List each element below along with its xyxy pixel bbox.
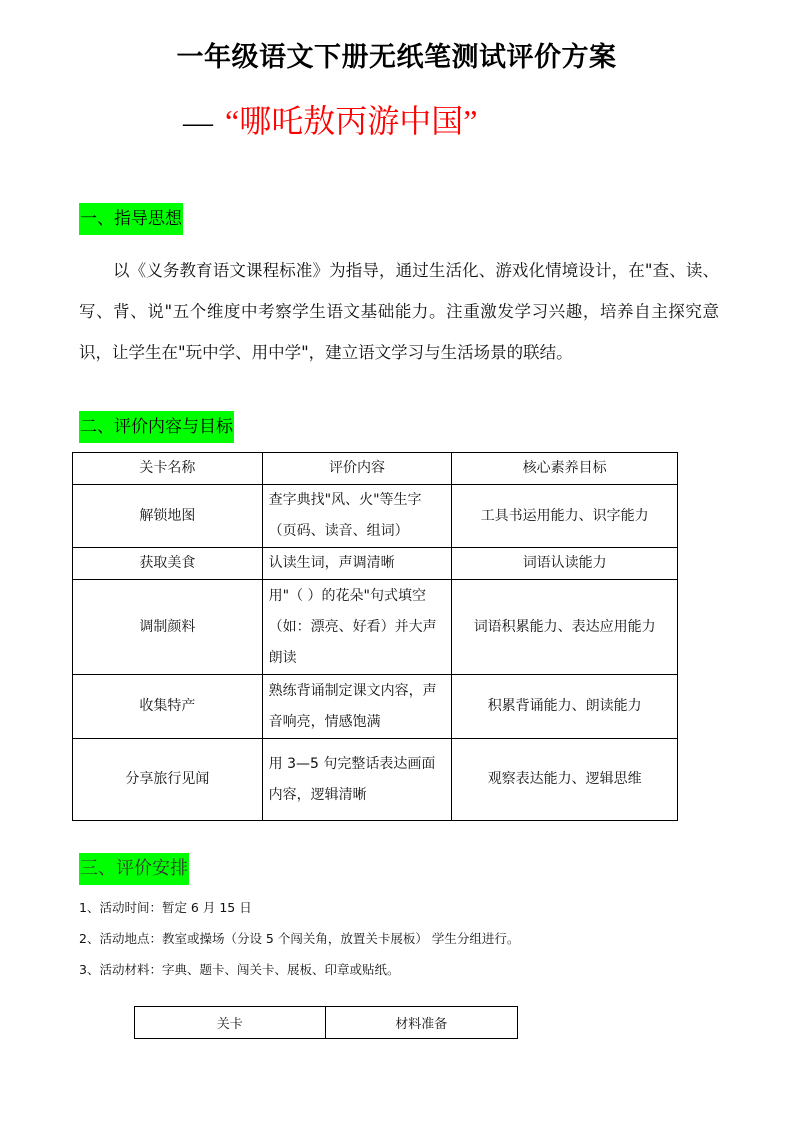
header-materials: 材料准备 — [325, 1007, 518, 1039]
document-title: 一年级语文下册无纸笔测试评价方案 — [0, 38, 793, 78]
cell-level: 收集特产 — [73, 675, 263, 739]
cell-level: 解锁地图 — [73, 485, 263, 548]
cell-level: 分享旅行见闻 — [73, 739, 263, 821]
cell-content: 查字典找"风、火"等生字（页码、读音、组词） — [262, 485, 452, 548]
document-subtitle: —“哪吒敖丙游中国” — [183, 98, 477, 144]
arrangement-item-materials: 3、活动材料：字典、题卡、闯关卡、展板、印章或贴纸。 — [79, 960, 399, 980]
paragraph-text: 以《义务教育语文课程标准》为指导，通过生活化、游戏化情境设计，在"查、读、写、背… — [79, 250, 719, 373]
table-row: 分享旅行见闻 用 3—5 句完整话表达画面内容，逻辑清晰 观察表达能力、逻辑思维 — [73, 739, 678, 821]
cell-level: 调制颜料 — [73, 580, 263, 675]
cell-goal: 工具书运用能力、识字能力 — [452, 485, 678, 548]
header-level: 关卡 — [135, 1007, 326, 1039]
cell-content: 用 3—5 句完整话表达画面内容，逻辑清晰 — [262, 739, 452, 821]
table-row: 收集特产 熟练背诵制定课文内容，声音响亮，情感饱满 积累背诵能力、朗读能力 — [73, 675, 678, 739]
subtitle-theme: “哪吒敖丙游中国” — [225, 103, 477, 139]
section-heading-evaluation-content: 二、评价内容与目标 — [79, 411, 234, 443]
cell-goal: 积累背诵能力、朗读能力 — [452, 675, 678, 739]
evaluation-table: 关卡名称 评价内容 核心素养目标 解锁地图 查字典找"风、火"等生字（页码、读音… — [72, 452, 678, 821]
materials-table: 关卡 材料准备 — [134, 1006, 518, 1039]
subtitle-dash: — — [183, 106, 213, 139]
table-row: 解锁地图 查字典找"风、火"等生字（页码、读音、组词） 工具书运用能力、识字能力 — [73, 485, 678, 548]
cell-content: 用"（ ）的花朵"句式填空（如：漂亮、好看）并大声朗读 — [262, 580, 452, 675]
cell-goal: 词语积累能力、表达应用能力 — [452, 580, 678, 675]
section-heading-arrangement: 三、评价安排 — [79, 853, 189, 885]
table-row: 调制颜料 用"（ ）的花朵"句式填空（如：漂亮、好看）并大声朗读 词语积累能力、… — [73, 580, 678, 675]
cell-content: 认读生词，声调清晰 — [262, 548, 452, 580]
cell-goal: 观察表达能力、逻辑思维 — [452, 739, 678, 821]
materials-table-header-row: 关卡 材料准备 — [135, 1007, 518, 1039]
header-level-name: 关卡名称 — [73, 453, 263, 485]
table-header-row: 关卡名称 评价内容 核心素养目标 — [73, 453, 678, 485]
cell-goal: 词语认读能力 — [452, 548, 678, 580]
cell-level: 获取美食 — [73, 548, 263, 580]
table-row: 获取美食 认读生词，声调清晰 词语认读能力 — [73, 548, 678, 580]
header-evaluation-content: 评价内容 — [262, 453, 452, 485]
guiding-ideology-paragraph: 以《义务教育语文课程标准》为指导，通过生活化、游戏化情境设计，在"查、读、写、背… — [79, 250, 719, 373]
arrangement-item-location: 2、活动地点：教室或操场（分设 5 个闯关角，放置关卡展板） 学生分组进行。 — [79, 929, 519, 949]
cell-content: 熟练背诵制定课文内容，声音响亮，情感饱满 — [262, 675, 452, 739]
header-core-goal: 核心素养目标 — [452, 453, 678, 485]
arrangement-item-time: 1、活动时间：暂定 6 月 15 日 — [79, 898, 252, 918]
section-heading-guiding-ideology: 一、指导思想 — [79, 203, 183, 235]
